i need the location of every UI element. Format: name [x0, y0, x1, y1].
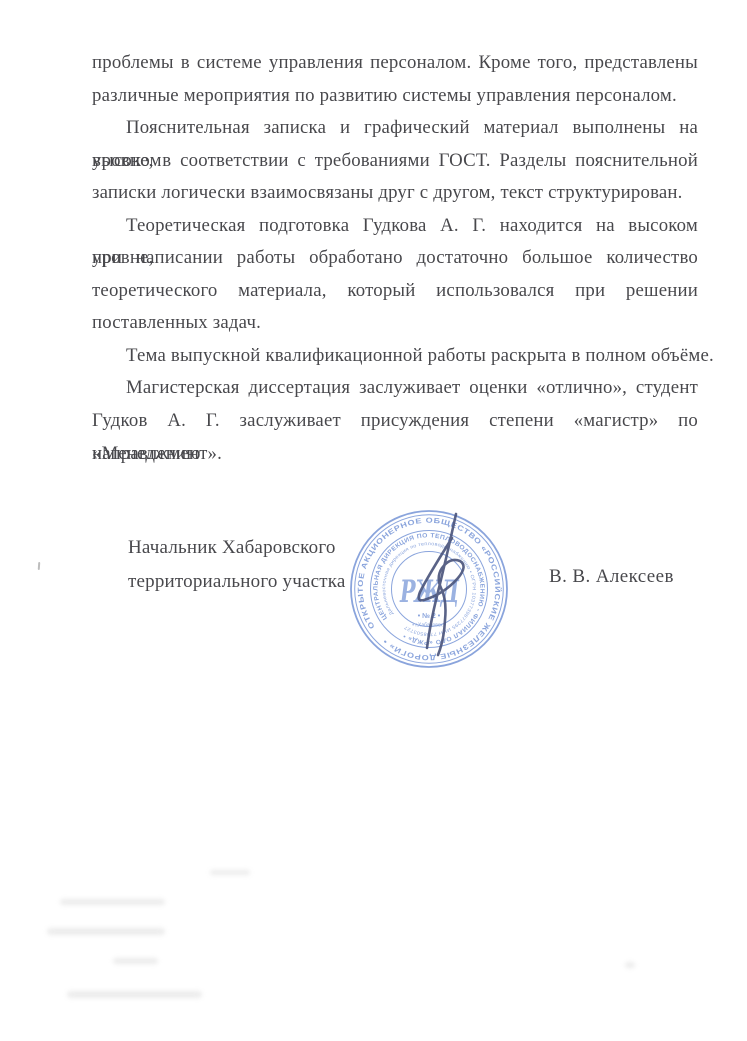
signer-name: В. В. Алексеев	[549, 562, 674, 592]
scan-artifact-smudge	[47, 928, 165, 935]
body-line: Гудков А. Г. заслуживает присуждения сте…	[92, 405, 698, 438]
body-line: проблемы в системе управления персоналом…	[92, 47, 698, 80]
signature-stroke-loop	[419, 538, 464, 655]
scan-artifact-smudge	[67, 991, 202, 998]
body-line: Теоретическая подготовка Гудкова А. Г. н…	[92, 210, 698, 243]
scan-artifact-smudge	[60, 899, 165, 905]
body-line: уровне, в соответствии с требованиями ГО…	[92, 145, 698, 178]
signature-stroke-main	[427, 514, 456, 648]
signature-role: Начальник Хабаровского территориального …	[128, 531, 346, 598]
scan-artifact-smudge	[113, 958, 158, 964]
body-line: различные мероприятия по развитию систем…	[92, 80, 698, 113]
scan-artifact-smudge	[625, 962, 635, 968]
scanned-document-page: проблемы в системе управления персоналом…	[0, 0, 747, 1041]
signature-role-line1: Начальник Хабаровского	[128, 531, 346, 565]
body-line: Пояснительная записка и графический мате…	[92, 112, 698, 145]
body-line: поставленных задач.	[92, 307, 698, 340]
signature-role-line2: территориального участка	[128, 565, 346, 599]
body-line: Тема выпускной квалификационной работы р…	[92, 340, 698, 373]
body-line: записки логически взаимосвязаны друг с д…	[92, 177, 698, 210]
document-body: проблемы в системе управления персоналом…	[92, 47, 698, 470]
scan-artifact-smudge	[210, 870, 250, 875]
body-line: теоретического материала, который исполь…	[92, 275, 698, 308]
body-line: «Менеджмент».	[92, 438, 698, 471]
body-line: Магистерская диссертация заслуживает оце…	[92, 372, 698, 405]
scan-artifact-tick	[38, 562, 41, 570]
body-line: при написании работы обработано достаточ…	[92, 242, 698, 275]
signature-scrawl	[400, 505, 490, 665]
